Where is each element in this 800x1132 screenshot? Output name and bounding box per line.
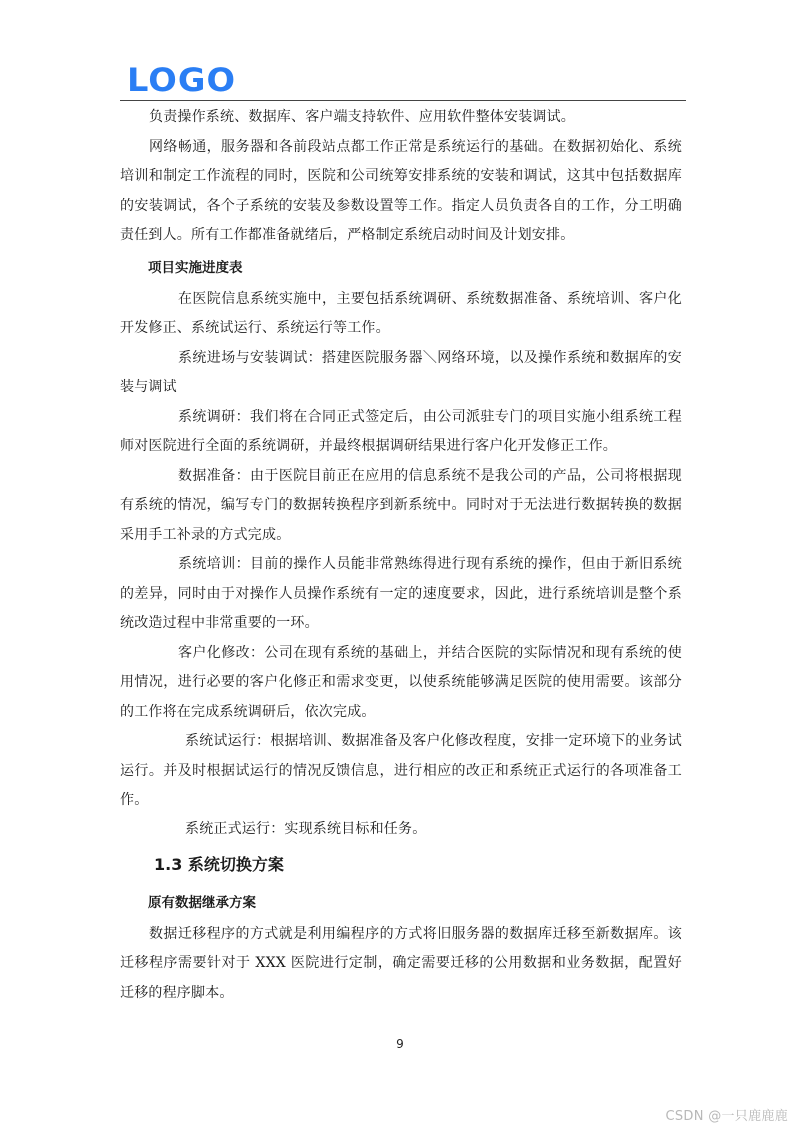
paragraph-migration: 数据迁移程序的方式就是利用编程序的方式将旧服务器的数据库迁移至新数据库。该迁移程… bbox=[120, 920, 682, 1009]
paragraph-training: 系统培训：目前的操作人员能非常熟练得进行现有系统的操作，但由于新旧系统的差异，同… bbox=[120, 550, 682, 639]
page-number: 9 bbox=[0, 1037, 800, 1051]
logo: LOGO bbox=[127, 63, 236, 97]
schedule-heading: 项目实施进度表 bbox=[148, 253, 682, 283]
document-body: 负责操作系统、数据库、客户端支持软件、应用软件整体安装调试。 网络畅通，服务器和… bbox=[120, 103, 682, 1008]
paragraph-install-scope: 负责操作系统、数据库、客户端支持软件、应用软件整体安装调试。 bbox=[120, 103, 682, 133]
paragraph-schedule-intro: 在医院信息系统实施中，主要包括系统调研、系统数据准备、系统培训、客户化开发修正、… bbox=[120, 285, 682, 344]
header-rule bbox=[120, 100, 686, 101]
watermark: CSDN @一只鹿鹿鹿 bbox=[666, 1105, 789, 1124]
paragraph-network: 网络畅通，服务器和各前段站点都工作正常是系统运行的基础。在数据初始化、系统培训和… bbox=[120, 133, 682, 251]
paragraph-formal-run: 系统正式运行：实现系统目标和任务。 bbox=[120, 816, 682, 842]
inherit-heading: 原有数据继承方案 bbox=[148, 888, 682, 918]
paragraph-customization: 客户化修改：公司在现有系统的基础上，并结合医院的实际情况和现有系统的使用情况，进… bbox=[120, 639, 682, 728]
paragraph-install-debug: 系统进场与安装调试：搭建医院服务器＼网络环境，以及操作系统和数据库的安装与调试 bbox=[120, 344, 682, 403]
section-heading: 1.3 系统切换方案 bbox=[154, 850, 682, 880]
paragraph-research: 系统调研：我们将在合同正式签定后，由公司派驻专门的项目实施小组系统工程师对医院进… bbox=[120, 403, 682, 462]
paragraph-trial-run: 系统试运行：根据培训、数据准备及客户化修改程度，安排一定环境下的业务试运行。并及… bbox=[120, 727, 682, 816]
paragraph-data-prep: 数据准备：由于医院目前正在应用的信息系统不是我公司的产品，公司将根据现有系统的情… bbox=[120, 462, 682, 551]
